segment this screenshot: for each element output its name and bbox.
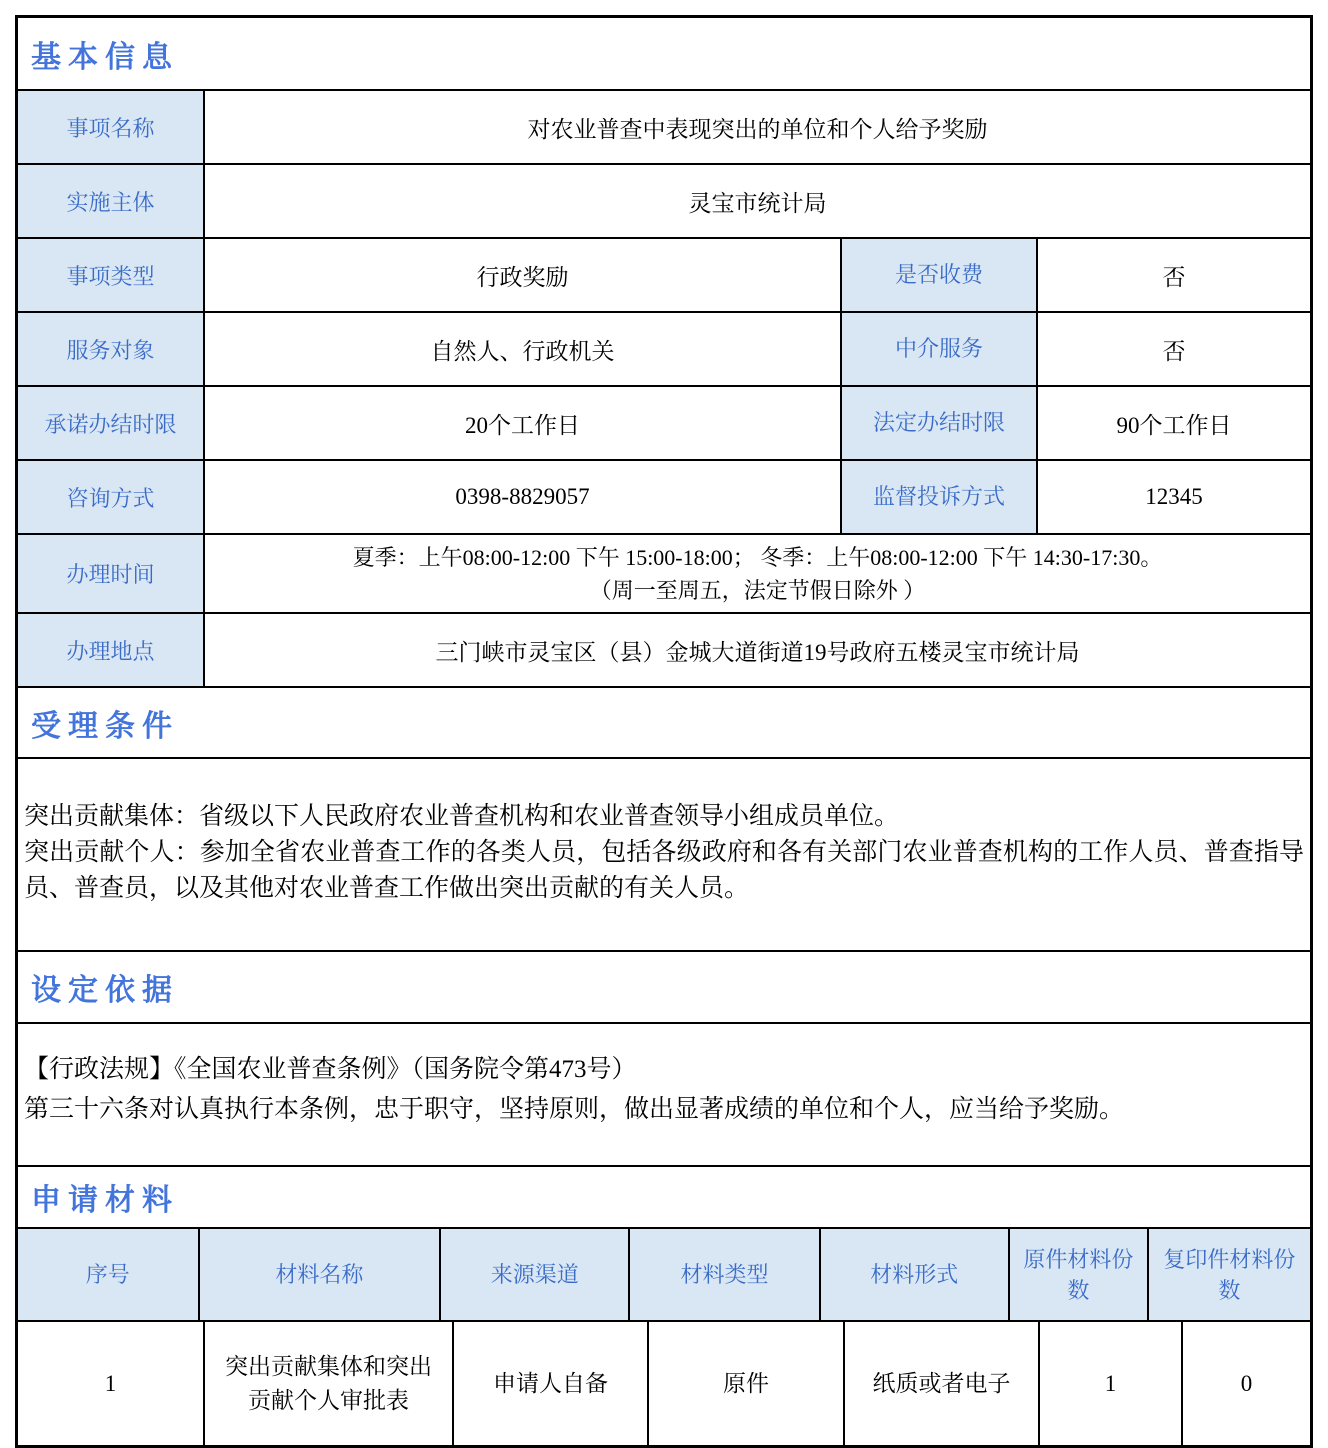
field-value-promised-time-limit: 20个工作日 bbox=[205, 387, 842, 459]
section-title-legal-basis: 设定依据 bbox=[31, 965, 179, 1009]
material-type: 原件 bbox=[649, 1322, 845, 1445]
field-label-item-name: 事项名称 bbox=[18, 91, 205, 163]
legal-basis-line-article: 第三十六条对认真执行本条例，忠于职守，坚持原则，做出显著成绩的单位和个人，应当给… bbox=[24, 1090, 1304, 1130]
material-copy-count: 0 bbox=[1183, 1322, 1310, 1445]
table-row: 实施主体 灵宝市统计局 bbox=[18, 165, 1310, 239]
legal-basis-text: 【行政法规】《全国农业普查条例》（国务院令第473号） 第三十六条对认真执行本条… bbox=[18, 1024, 1310, 1165]
acceptance-line-individual: 突出贡献个人：参加全省农业普查工作的各类人员，包括各级政府和各有关部门农业普查机… bbox=[24, 835, 1304, 907]
field-label-fee-charged: 是否收费 bbox=[842, 239, 1038, 311]
acceptance-line-collective: 突出贡献集体：省级以下人民政府农业普查机构和农业普查领导小组成员单位。 bbox=[24, 799, 1304, 835]
section-title-basic-info: 基本信息 bbox=[31, 32, 179, 76]
legal-basis-line-regulation: 【行政法规】《全国农业普查条例》（国务院令第473号） bbox=[24, 1050, 1304, 1090]
material-name: 突出贡献集体和突出贡献个人审批表 bbox=[205, 1322, 454, 1445]
field-value-complaint-phone: 12345 bbox=[1038, 461, 1310, 533]
field-label-promised-time-limit: 承诺办结时限 bbox=[18, 387, 205, 459]
materials-header-copy-count: 复印件材料份数 bbox=[1149, 1229, 1310, 1320]
field-value-intermediary-service: 否 bbox=[1038, 313, 1310, 385]
field-value-item-name: 对农业普查中表现突出的单位和个人给予奖励 bbox=[205, 91, 1310, 163]
acceptance-conditions-text: 突出贡献集体：省级以下人民政府农业普查机构和农业普查领导小组成员单位。 突出贡献… bbox=[18, 759, 1310, 950]
field-value-consultation-phone: 0398-8829057 bbox=[205, 461, 842, 533]
material-form: 纸质或者电子 bbox=[845, 1322, 1040, 1445]
field-value-item-type: 行政奖励 bbox=[205, 239, 842, 311]
section-title-acceptance-conditions: 受理条件 bbox=[31, 701, 179, 745]
field-label-consultation-method: 咨询方式 bbox=[18, 461, 205, 533]
table-row: 事项名称 对农业普查中表现突出的单位和个人给予奖励 bbox=[18, 91, 1310, 165]
section-basic-info-title-row: 基本信息 bbox=[18, 18, 1310, 91]
service-item-info-table: 基本信息 事项名称 对农业普查中表现突出的单位和个人给予奖励 实施主体 灵宝市统… bbox=[15, 15, 1313, 1448]
section-application-materials-title-row: 申请材料 bbox=[18, 1167, 1310, 1229]
table-row: 服务对象 自然人、行政机关 中介服务 否 bbox=[18, 313, 1310, 387]
field-label-implementing-body: 实施主体 bbox=[18, 165, 205, 237]
field-label-complaint-method: 监督投诉方式 bbox=[842, 461, 1038, 533]
material-source: 申请人自备 bbox=[454, 1322, 649, 1445]
office-hours-line-1: 夏季：上午08:00-12:00 下午 15:00-18:00； 冬季：上午08… bbox=[353, 541, 1163, 574]
materials-header-row: 序号 材料名称 来源渠道 材料类型 材料形式 原件材料份数 复印件材料份数 bbox=[18, 1229, 1310, 1322]
materials-header-original-count: 原件材料份数 bbox=[1010, 1229, 1149, 1320]
office-hours-line-2: （周一至周五，法定节假日除外 ） bbox=[590, 574, 926, 607]
field-value-office-location: 三门峡市灵宝区（县）金城大道街道19号政府五楼灵宝市统计局 bbox=[205, 614, 1310, 686]
table-row: 咨询方式 0398-8829057 监督投诉方式 12345 bbox=[18, 461, 1310, 535]
field-label-statutory-time-limit: 法定办结时限 bbox=[842, 387, 1038, 459]
section-title-application-materials: 申请材料 bbox=[31, 1175, 179, 1219]
materials-header-form: 材料形式 bbox=[821, 1229, 1010, 1320]
material-name-text: 突出贡献集体和突出贡献个人审批表 bbox=[221, 1350, 437, 1418]
field-label-office-location: 办理地点 bbox=[18, 614, 205, 686]
table-row: 事项类型 行政奖励 是否收费 否 bbox=[18, 239, 1310, 313]
materials-header-type: 材料类型 bbox=[630, 1229, 820, 1320]
field-value-statutory-time-limit: 90个工作日 bbox=[1038, 387, 1310, 459]
legal-basis-body-row: 【行政法规】《全国农业普查条例》（国务院令第473号） 第三十六条对认真执行本条… bbox=[18, 1024, 1310, 1167]
section-legal-basis-title-row: 设定依据 bbox=[18, 952, 1310, 1024]
field-label-service-target: 服务对象 bbox=[18, 313, 205, 385]
field-value-office-hours: 夏季：上午08:00-12:00 下午 15:00-18:00； 冬季：上午08… bbox=[205, 535, 1310, 612]
field-value-implementing-body: 灵宝市统计局 bbox=[205, 165, 1310, 237]
field-value-service-target: 自然人、行政机关 bbox=[205, 313, 842, 385]
materials-header-source: 来源渠道 bbox=[441, 1229, 630, 1320]
field-label-intermediary-service: 中介服务 bbox=[842, 313, 1038, 385]
table-row: 办理地点 三门峡市灵宝区（县）金城大道街道19号政府五楼灵宝市统计局 bbox=[18, 614, 1310, 688]
field-value-fee-charged: 否 bbox=[1038, 239, 1310, 311]
field-label-office-hours: 办理时间 bbox=[18, 535, 205, 612]
material-original-count: 1 bbox=[1040, 1322, 1183, 1445]
field-label-item-type: 事项类型 bbox=[18, 239, 205, 311]
materials-header-seq: 序号 bbox=[18, 1229, 200, 1320]
section-acceptance-conditions-title-row: 受理条件 bbox=[18, 688, 1310, 759]
table-row: 办理时间 夏季：上午08:00-12:00 下午 15:00-18:00； 冬季… bbox=[18, 535, 1310, 614]
table-row: 承诺办结时限 20个工作日 法定办结时限 90个工作日 bbox=[18, 387, 1310, 461]
materials-data-row: 1 突出贡献集体和突出贡献个人审批表 申请人自备 原件 纸质或者电子 1 0 bbox=[18, 1322, 1310, 1445]
material-seq: 1 bbox=[18, 1322, 205, 1445]
acceptance-conditions-body-row: 突出贡献集体：省级以下人民政府农业普查机构和农业普查领导小组成员单位。 突出贡献… bbox=[18, 759, 1310, 952]
materials-header-name: 材料名称 bbox=[200, 1229, 442, 1320]
